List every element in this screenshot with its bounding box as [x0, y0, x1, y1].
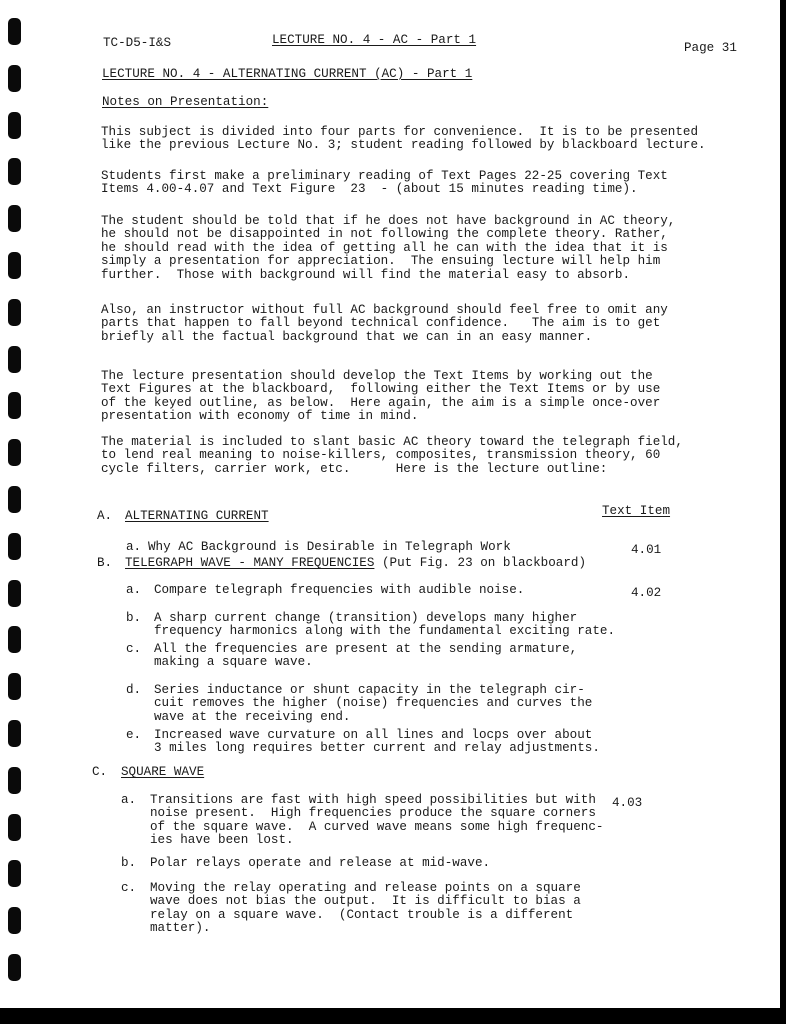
scan-edge-bottom — [0, 1008, 786, 1024]
outline-item-line: cuit removes the higher (noise) frequenc… — [154, 697, 592, 710]
outline-item-line: matter). — [150, 922, 210, 935]
item-letter: d. — [126, 684, 141, 697]
binding-hole — [8, 814, 21, 841]
paragraph-line: further. Those with background will find… — [101, 269, 630, 282]
binding-hole — [8, 299, 21, 326]
item-letter: e. — [126, 729, 141, 742]
outline-item-line: noise present. High frequencies produce … — [150, 807, 596, 820]
paragraph-line: Text Figures at the blackboard, followin… — [101, 383, 660, 396]
outline-item-line: frequency harmonics along with the funda… — [154, 625, 615, 638]
outline-item-line: Compare telegraph frequencies with audib… — [154, 584, 524, 597]
paragraph-line: The material is included to slant basic … — [101, 436, 683, 449]
section-note: (Put Fig. 23 on blackboard) — [374, 556, 586, 570]
section-letter: B. — [97, 557, 112, 570]
binding-hole — [8, 486, 21, 513]
item-letter: a. — [126, 584, 141, 597]
item-letter: b. — [126, 612, 141, 625]
item-letter: c. — [121, 882, 136, 895]
outline-item-line: wave at the receiving end. — [154, 711, 351, 724]
binding-hole — [8, 112, 21, 139]
outline-item-line: making a square wave. — [154, 656, 313, 669]
section-letter: A. — [97, 510, 112, 523]
paragraph-line: briefly all the factual background that … — [101, 331, 592, 344]
binding-hole — [8, 18, 21, 45]
binding-hole — [8, 252, 21, 279]
scan-edge-right — [780, 0, 786, 1024]
notes-heading: Notes on Presentation: — [102, 96, 268, 109]
section-heading: TELEGRAPH WAVE - MANY FREQUENCIES (Put F… — [125, 557, 586, 570]
outline-item-line: of the square wave. A curved wave means … — [150, 821, 603, 834]
binding-hole — [8, 626, 21, 653]
paragraph-line: he should read with the idea of getting … — [101, 242, 668, 255]
outline-item-line: Increased wave curvature on all lines an… — [154, 729, 592, 742]
outline-item-line: Moving the relay operating and release p… — [150, 882, 581, 895]
paragraph-line: to lend real meaning to noise-killers, c… — [101, 449, 660, 462]
paragraph-line: Items 4.00-4.07 and Text Figure 23 - (ab… — [101, 183, 638, 196]
binding-hole — [8, 439, 21, 466]
paragraph-line: The lecture presentation should develop … — [101, 370, 653, 383]
text-item-number: 4.01 — [631, 544, 661, 557]
paragraph-line: cycle filters, carrier work, etc. Here i… — [101, 463, 607, 476]
paragraph-line: This subject is divided into four parts … — [101, 126, 698, 139]
section-heading-text: TELEGRAPH WAVE - MANY FREQUENCIES — [125, 556, 374, 570]
binding-hole — [8, 158, 21, 185]
paragraph-line: simply a presentation for appreciation. … — [101, 255, 660, 268]
outline-item-line: A sharp current change (transition) deve… — [154, 612, 577, 625]
binding-holes — [0, 0, 30, 1000]
document-page: TC-D5-I&S LECTURE NO. 4 - AC - Part 1 Pa… — [0, 0, 786, 1024]
paragraph-line: he should not be disappointed in not fol… — [101, 228, 668, 241]
binding-hole — [8, 720, 21, 747]
binding-hole — [8, 673, 21, 700]
outline-item-line: 3 miles long requires better current and… — [154, 742, 600, 755]
section-heading: SQUARE WAVE — [121, 766, 204, 779]
binding-hole — [8, 580, 21, 607]
section-heading: ALTERNATING CURRENT — [125, 510, 269, 523]
text-item-column-header: Text Item — [602, 505, 670, 518]
binding-hole — [8, 860, 21, 887]
text-item-number: 4.03 — [612, 797, 642, 810]
outline-item-line: Why AC Background is Desirable in Telegr… — [148, 541, 511, 554]
binding-hole — [8, 533, 21, 560]
binding-hole — [8, 205, 21, 232]
outline-item-line: Series inductance or shunt capacity in t… — [154, 684, 585, 697]
paragraph-line: presentation with economy of time in min… — [101, 410, 418, 423]
page-title: LECTURE NO. 4 - ALTERNATING CURRENT (AC)… — [102, 68, 472, 81]
text-item-number: 4.02 — [631, 587, 661, 600]
binding-hole — [8, 954, 21, 981]
outline-item-line: ies have been lost. — [150, 834, 294, 847]
binding-hole — [8, 392, 21, 419]
binding-hole — [8, 767, 21, 794]
paragraph-line: Also, an instructor without full AC back… — [101, 304, 668, 317]
paragraph-line: of the keyed outline, as below. Here aga… — [101, 397, 660, 410]
section-heading-text: ALTERNATING CURRENT — [125, 509, 269, 523]
item-letter: a. — [126, 541, 141, 554]
section-letter: C. — [92, 766, 107, 779]
item-letter: c. — [126, 643, 141, 656]
binding-hole — [8, 346, 21, 373]
paragraph-line: like the previous Lecture No. 3; student… — [101, 139, 706, 152]
paragraph-line: parts that happen to fall beyond technic… — [101, 317, 660, 330]
paragraph-line: Students first make a preliminary readin… — [101, 170, 668, 183]
doc-code: TC-D5-I&S — [103, 37, 171, 50]
binding-hole — [8, 65, 21, 92]
binding-hole — [8, 907, 21, 934]
outline-item-line: wave does not bias the output. It is dif… — [150, 895, 581, 908]
section-heading-text: SQUARE WAVE — [121, 765, 204, 779]
page-number: Page 31 — [684, 42, 737, 55]
outline-item-line: All the frequencies are present at the s… — [154, 643, 577, 656]
outline-item-line: Transitions are fast with high speed pos… — [150, 794, 596, 807]
paragraph-line: The student should be told that if he do… — [101, 215, 675, 228]
item-letter: b. — [121, 857, 136, 870]
outline-item-line: relay on a square wave. (Contact trouble… — [150, 909, 573, 922]
running-title: LECTURE NO. 4 - AC - Part 1 — [272, 34, 476, 47]
item-letter: a. — [121, 794, 136, 807]
outline-item-line: Polar relays operate and release at mid-… — [150, 857, 490, 870]
